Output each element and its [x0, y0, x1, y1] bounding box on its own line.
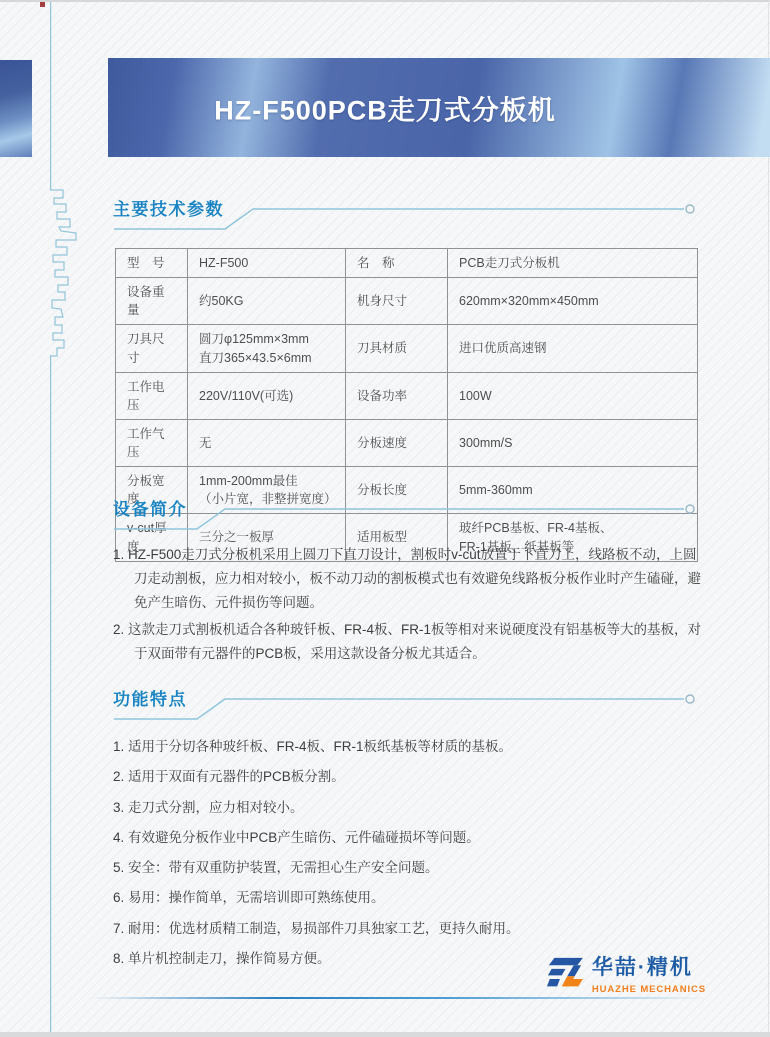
- spec-label: 工作气压: [116, 419, 188, 466]
- spec-value: 无: [188, 419, 346, 466]
- feature-item: 4. 有效避免分板作业中PCB产生暗伤、元件磕碰损坏等问题。: [113, 828, 701, 848]
- features-list: 1. 适用于分切各种玻纤板、FR-4板、FR-1板纸基板等材质的基板。2. 适用…: [113, 737, 701, 979]
- page-title: HZ-F500PCB走刀式分板机: [214, 88, 556, 127]
- footer-gradient-line: [90, 997, 708, 999]
- spec-value: 300mm/S: [448, 419, 698, 466]
- section-header-specs: 主要技术参数: [113, 198, 697, 232]
- spec-value: 圆刀φ125mm×3mm 直刀365×43.5×6mm: [188, 325, 346, 372]
- section-divider-line: [113, 498, 697, 534]
- spec-value: 约50KG: [188, 278, 346, 325]
- spec-table-row: 工作气压无分板速度300mm/S: [116, 419, 698, 466]
- header-left-accent-block: [0, 60, 32, 157]
- spec-sheet-page: HZ-F500PCB走刀式分板机 主要技术参数 型 号HZ-F500名 称PCB…: [0, 0, 770, 1037]
- spec-label: 工作电压: [116, 372, 188, 419]
- company-logo: 华喆·精机 HUAZHE MECHANICS: [546, 951, 706, 995]
- spec-label: 分板速度: [346, 419, 448, 466]
- logo-name-cn: 华喆·精机: [592, 951, 706, 981]
- logo-name-en: HUAZHE MECHANICS: [592, 984, 706, 995]
- feature-item: 7. 耐用：优选材质精工制造，易损部件刀具独家工艺，更持久耐用。: [113, 919, 701, 939]
- section-divider-line: [113, 688, 697, 724]
- section-header-features: 功能特点: [113, 688, 697, 722]
- spec-label: 机身尺寸: [346, 278, 448, 325]
- feature-item: 5. 安全：带有双重防护装置，无需担心生产安全问题。: [113, 858, 701, 878]
- intro-paragraph: 2. 这款走刀式割板机适合各种玻钎板、FR-4板、FR-1板等相对来说硬度没有铝…: [113, 618, 701, 666]
- feature-item: 2. 适用于双面有元器件的PCB板分割。: [113, 767, 701, 787]
- page-bottom-edge: [0, 1032, 770, 1037]
- spec-label: 设备重量: [116, 278, 188, 325]
- logo-mark-icon: [546, 956, 583, 991]
- spec-table-row: 型 号HZ-F500名 称PCB走刀式分板机: [116, 249, 698, 278]
- spec-label: 刀具尺寸: [116, 325, 188, 372]
- spec-label: 名 称: [346, 249, 448, 278]
- spec-value: HZ-F500: [188, 249, 346, 278]
- spec-label: 型 号: [116, 249, 188, 278]
- spec-table-row: 工作电压220V/110V(可选)设备功率100W: [116, 372, 698, 419]
- intro-list: 1. HZ-F500走刀式分板机采用上圆刀下直刀设计，割板时v-cut放置于下直…: [113, 543, 701, 669]
- feature-item: 3. 走刀式分割，应力相对较小。: [113, 798, 701, 818]
- section-title-specs: 主要技术参数: [113, 198, 224, 222]
- left-edge-decoration-line: [50, 0, 84, 1037]
- logo-text-block: 华喆·精机 HUAZHE MECHANICS: [592, 951, 706, 995]
- title-banner: HZ-F500PCB走刀式分板机: [108, 58, 770, 157]
- spec-value: 620mm×320mm×450mm: [448, 278, 698, 325]
- page-top-edge: [0, 0, 770, 2]
- spec-table-row: 刀具尺寸圆刀φ125mm×3mm 直刀365×43.5×6mm刀具材质进口优质高…: [116, 325, 698, 372]
- spec-value: PCB走刀式分板机: [448, 249, 698, 278]
- section-title-intro: 设备简介: [113, 498, 187, 522]
- feature-item: 1. 适用于分切各种玻纤板、FR-4板、FR-1板纸基板等材质的基板。: [113, 737, 701, 757]
- intro-paragraph: 1. HZ-F500走刀式分板机采用上圆刀下直刀设计，割板时v-cut放置于下直…: [113, 543, 701, 615]
- spec-label: 刀具材质: [346, 325, 448, 372]
- spec-value: 220V/110V(可选): [188, 372, 346, 419]
- spec-label: 设备功率: [346, 372, 448, 419]
- section-header-intro: 设备简介: [113, 498, 697, 532]
- feature-item: 6. 易用：操作简单，无需培训即可熟练使用。: [113, 888, 701, 908]
- spec-table-row: 设备重量约50KG机身尺寸620mm×320mm×450mm: [116, 278, 698, 325]
- spec-value: 进口优质高速钢: [448, 325, 698, 372]
- spec-value: 100W: [448, 372, 698, 419]
- section-title-features: 功能特点: [113, 688, 187, 712]
